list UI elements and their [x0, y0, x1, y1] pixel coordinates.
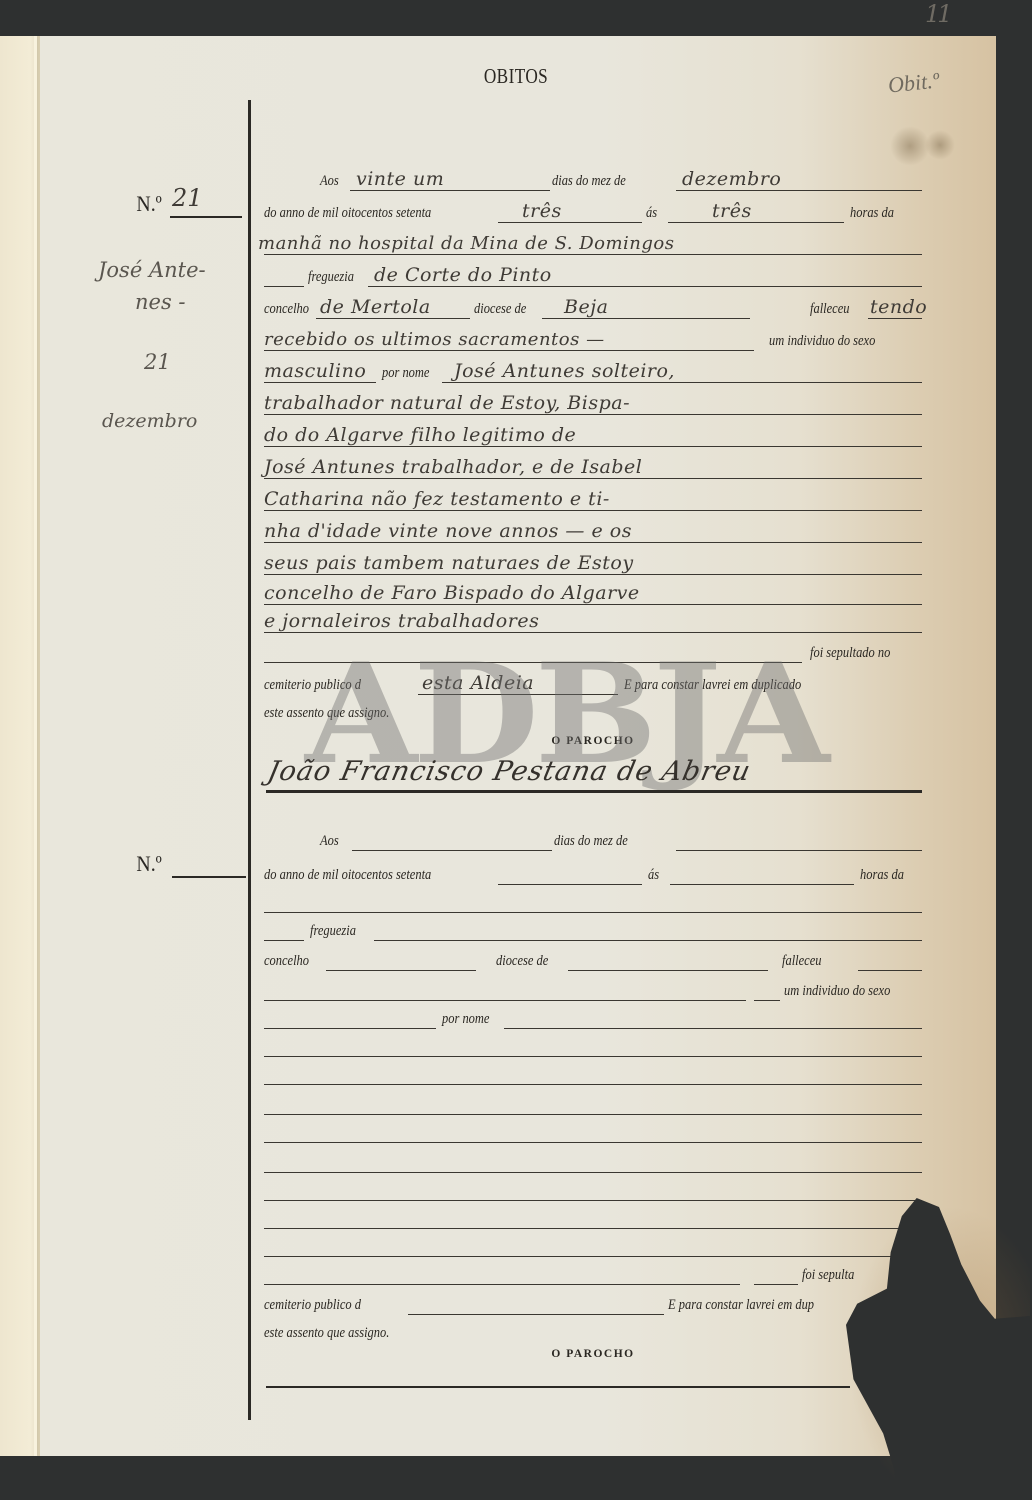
field-line[interactable] — [264, 1142, 922, 1143]
form-row-freguezia: freguezia — [264, 914, 922, 944]
field-year[interactable] — [498, 884, 642, 885]
label-freguezia: freguezia — [310, 923, 356, 940]
form-row-concelho: concelho diocese de falleceu — [264, 944, 922, 974]
form-row-nome: por nome — [264, 1002, 922, 1032]
field-month[interactable] — [676, 850, 922, 851]
label-as: ás — [648, 867, 659, 884]
field-line — [668, 222, 844, 223]
label-constar: E para constar lavrei em dup — [668, 1297, 814, 1314]
narrative-row — [264, 1202, 922, 1232]
label-horas-da: horas da — [860, 867, 904, 884]
form-row-sexo: um individuo do sexo — [264, 974, 922, 1004]
field-line[interactable] — [264, 1000, 746, 1001]
label-sepultado: foi sepultado no — [810, 645, 890, 662]
label-diocese: diocese de — [474, 301, 526, 318]
parocho-label: O PAROCHO — [264, 735, 922, 747]
field-line[interactable] — [264, 1256, 922, 1257]
narrative-row: concelho de Faro Bispado do Algarve — [264, 578, 922, 608]
label-individuo: um individuo do sexo — [769, 333, 875, 350]
field-hour: três — [712, 200, 752, 222]
foxing-stain — [890, 126, 930, 166]
field-line[interactable] — [264, 1200, 922, 1201]
field-sacramentos: recebido os ultimos sacramentos — — [264, 329, 605, 350]
narrative-row — [264, 1174, 922, 1204]
field-hour[interactable] — [670, 884, 854, 885]
field-line[interactable] — [264, 1084, 922, 1085]
narrative-row — [264, 1030, 922, 1060]
field-day: vinte um — [356, 168, 444, 190]
form-row-year: do anno de mil oitocentos setenta três á… — [264, 196, 922, 226]
field-concelho: de Mertola — [320, 296, 431, 318]
field-time-place: manhã no hospital da Mina de S. Domingos — [258, 233, 675, 254]
field-nome: José Antunes solteiro, — [454, 360, 675, 382]
narrative-line: nha d'idade vinte nove annos — e os — [264, 520, 632, 542]
foxing-stain — [925, 130, 955, 160]
form-row-place — [264, 886, 922, 916]
label-constar: E para constar lavrei em duplicado — [624, 677, 801, 694]
narrative-row: Catharina não fez testamento e ti- — [264, 484, 922, 514]
label-dias-do-mez: dias do mez de — [552, 173, 626, 190]
label-anno: do anno de mil oitocentos setenta — [264, 205, 431, 222]
record-number-line[interactable] — [172, 876, 246, 878]
field-diocese: Beja — [564, 296, 608, 318]
label-diocese: diocese de — [496, 953, 548, 970]
margin-note-line: 21 — [144, 350, 171, 374]
field-line — [498, 222, 642, 223]
label-anno: do anno de mil oitocentos setenta — [264, 867, 431, 884]
form-row-date: Aos vinte um dias do mez de dezembro — [264, 164, 922, 194]
field-line[interactable] — [264, 1172, 922, 1173]
form-row-concelho: concelho de Mertola diocese de Beja fall… — [264, 292, 922, 322]
narrative-row — [264, 1116, 922, 1146]
field-concelho[interactable] — [326, 970, 476, 971]
folio-number: 11 — [925, 0, 950, 28]
label-falleceu: falleceu — [810, 301, 849, 318]
label-assento: este assento que assigno. — [264, 1325, 389, 1342]
label-concelho: concelho — [264, 301, 309, 318]
field-sexo: masculino — [264, 360, 366, 382]
field-falleceu: tendo — [870, 296, 927, 318]
label-cemiterio: cemiterio publico d — [264, 1297, 361, 1314]
form-row-sepultado: foi sepulta — [264, 1258, 922, 1288]
field-diocese[interactable] — [568, 970, 768, 971]
field-month: dezembro — [682, 168, 781, 190]
form-row-cemiterio: cemiterio publico d E para constar lavre… — [264, 1288, 922, 1318]
narrative-row — [264, 1088, 922, 1118]
field-time-place[interactable] — [264, 912, 922, 913]
label-por-nome: por nome — [442, 1011, 489, 1028]
margin-note-line: dezembro — [102, 410, 197, 432]
record-number-line — [170, 216, 242, 218]
field-line[interactable] — [264, 1284, 740, 1285]
label-aos: Aos — [320, 173, 339, 190]
label-assento: este assento que assigno. — [264, 705, 389, 722]
form-row-sepultado: foi sepultado no — [264, 636, 922, 666]
label-dias-do-mez: dias do mez de — [554, 833, 628, 850]
narrative-row: nha d'idade vinte nove annos — e os — [264, 516, 922, 546]
field-freguezia: de Corte do Pinto — [374, 264, 552, 286]
narrative-line: e jornaleiros trabalhadores — [264, 610, 539, 632]
field-line — [264, 662, 802, 663]
parocho-label: O PAROCHO — [264, 1348, 922, 1360]
label-por-nome: por nome — [382, 365, 429, 382]
field-line — [754, 1000, 780, 1001]
narrative-row: e jornaleiros trabalhadores — [264, 606, 922, 636]
form-row-date: Aos dias do mez de — [264, 824, 922, 854]
field-sexo[interactable] — [264, 1028, 436, 1029]
narrative-row — [264, 1058, 922, 1088]
field-day[interactable] — [352, 850, 552, 851]
form-row-sexo: recebido os ultimos sacramentos — um ind… — [264, 324, 922, 354]
label-cemiterio: cemiterio publico d — [264, 677, 361, 694]
field-falleceu[interactable] — [858, 970, 922, 971]
field-line — [264, 940, 304, 941]
form-row-assento: este assento que assigno. — [264, 1316, 922, 1346]
margin-note-line: José Ante- — [98, 258, 206, 282]
field-cemiterio[interactable] — [408, 1314, 664, 1315]
field-year: três — [522, 200, 562, 222]
narrative-row: do do Algarve filho legitimo de — [264, 420, 922, 450]
margin-note-line: nes - — [135, 290, 186, 314]
field-line — [264, 286, 304, 287]
form-row-year: do anno de mil oitocentos setenta ás hor… — [264, 858, 922, 888]
record-number-label: N.º — [136, 191, 161, 217]
form-row-nome: masculino por nome José Antunes solteiro… — [264, 356, 922, 386]
form-row-cemiterio: cemiterio publico d esta Aldeia E para c… — [264, 668, 922, 698]
narrative-row — [264, 1146, 922, 1176]
narrative-row: trabalhador natural de Estoy, Bispa- — [264, 388, 922, 418]
label-horas-da: horas da — [850, 205, 894, 222]
record-number-label: N.º — [136, 851, 161, 877]
label-individuo: um individuo do sexo — [784, 983, 890, 1000]
field-line[interactable] — [264, 1056, 922, 1057]
narrative-line: seus pais tambem naturaes de Estoy — [264, 552, 634, 574]
narrative-row — [264, 1230, 922, 1260]
field-line — [754, 1284, 798, 1285]
label-aos: Aos — [320, 833, 339, 850]
field-freguezia[interactable] — [374, 940, 922, 941]
form-row-place: manhã no hospital da Mina de S. Domingos — [264, 228, 922, 258]
margin-rule — [248, 100, 251, 1420]
label-as: ás — [646, 205, 657, 222]
parish-priest-signature: João Francisco Pestana de Abreu — [265, 756, 754, 787]
record-number-value: 21 — [172, 184, 203, 212]
field-cemiterio: esta Aldeia — [422, 672, 534, 694]
label-falleceu: falleceu — [782, 953, 821, 970]
narrative-row: seus pais tambem naturaes de Estoy — [264, 548, 922, 578]
narrative-line: Catharina não fez testamento e ti- — [264, 488, 610, 510]
form-row-freguezia: freguezia de Corte do Pinto — [264, 260, 922, 290]
narrative-line: trabalhador natural de Estoy, Bispa- — [264, 392, 630, 414]
narrative-line: do do Algarve filho legitimo de — [264, 424, 576, 446]
form-row-assento: este assento que assigno. — [264, 696, 922, 726]
field-line[interactable] — [264, 1114, 922, 1115]
page-title: OBITOS — [93, 64, 939, 89]
narrative-line: José Antunes trabalhador, e de Isabel — [264, 456, 642, 478]
field-line[interactable] — [264, 1228, 922, 1229]
signature-line — [266, 790, 922, 793]
field-nome[interactable] — [504, 1028, 922, 1029]
signature-line[interactable] — [266, 1386, 850, 1388]
label-freguezia: freguezia — [308, 269, 354, 286]
narrative-row: José Antunes trabalhador, e de Isabel — [264, 452, 922, 482]
narrative-line: concelho de Faro Bispado do Algarve — [264, 582, 640, 604]
label-concelho: concelho — [264, 953, 309, 970]
binding-fold — [34, 36, 37, 1456]
